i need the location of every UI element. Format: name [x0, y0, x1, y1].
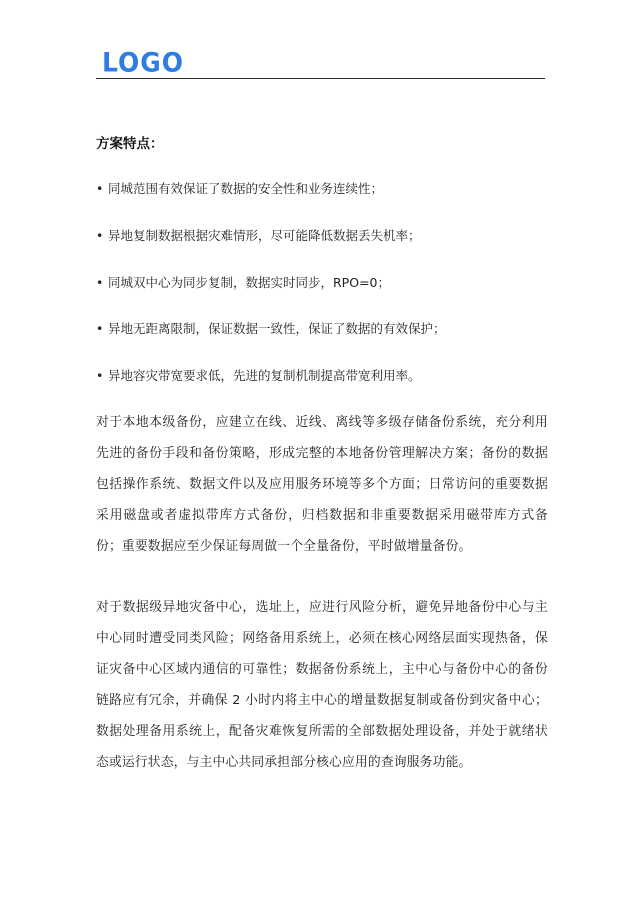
bullet-icon: •	[96, 319, 108, 339]
bullet-text: 异地容灾带宽要求低，先进的复制机制提高带宽利用率。	[108, 368, 421, 383]
bullet-icon: •	[96, 273, 108, 293]
header-divider	[96, 78, 545, 79]
bullet-text: 异地复制数据根据灾难情形，尽可能降低数据丢失机率；	[108, 228, 421, 243]
bullet-item: •同城双中心为同步复制，数据实时同步，RPO=0；	[96, 273, 390, 293]
bullet-item: •异地复制数据根据灾难情形，尽可能降低数据丢失机率；	[96, 226, 421, 246]
bullet-item: •异地容灾带宽要求低，先进的复制机制提高带宽利用率。	[96, 366, 421, 386]
bullet-text: 同城范围有效保证了数据的安全性和业务连续性；	[108, 181, 383, 196]
page-header: LOGO	[96, 48, 545, 82]
bullet-item: •异地无距离限制，保证数据一致性，保证了数据的有效保护；	[96, 319, 446, 339]
bullet-icon: •	[96, 179, 108, 199]
paragraph-local-backup: 对于本地本级备份，应建立在线、近线、离线等多级存储备份系统，充分利用先进的备份手…	[96, 407, 548, 562]
section-heading: 方案特点：	[96, 134, 164, 154]
bullet-item: •同城范围有效保证了数据的安全性和业务连续性；	[96, 179, 383, 199]
paragraph-remote-dr: 对于数据级异地灾备中心，选址上，应进行风险分析，避免异地备份中心与主中心同时遭受…	[96, 592, 548, 778]
bullet-icon: •	[96, 226, 108, 246]
bullet-text: 异地无距离限制，保证数据一致性，保证了数据的有效保护；	[108, 321, 446, 336]
logo: LOGO	[102, 49, 184, 76]
bullet-icon: •	[96, 366, 108, 386]
bullet-text: 同城双中心为同步复制，数据实时同步，RPO=0；	[108, 275, 390, 290]
